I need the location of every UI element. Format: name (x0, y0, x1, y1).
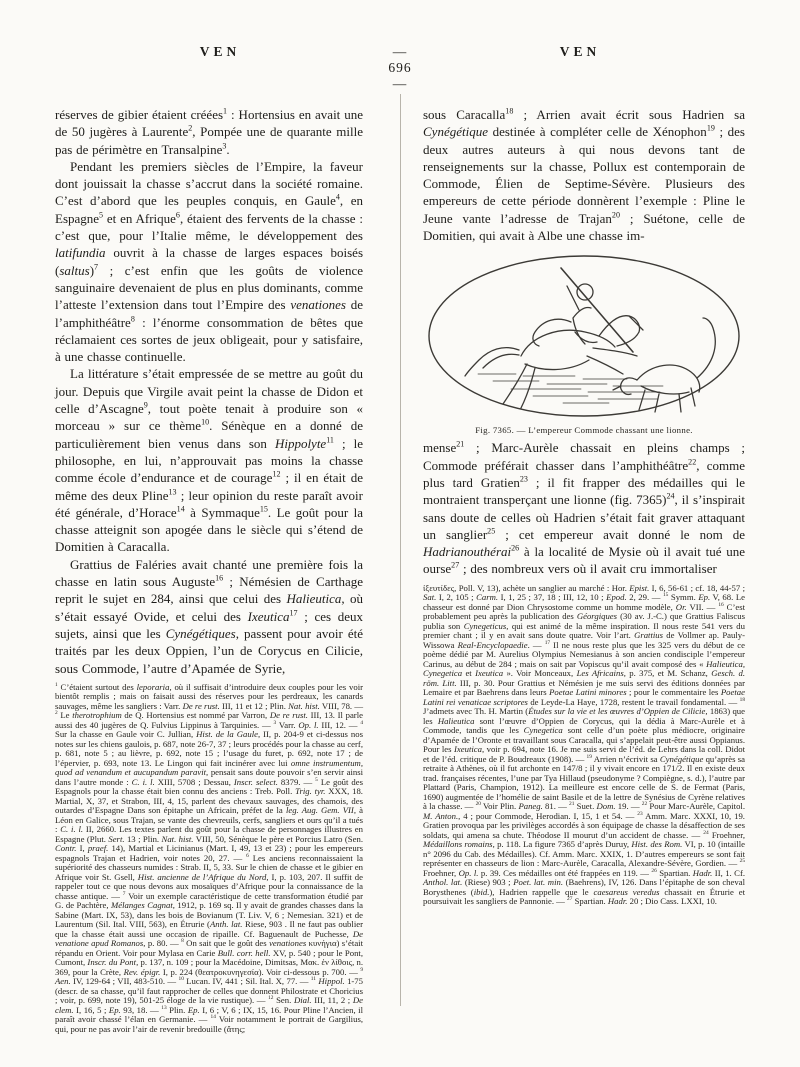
paragraph: sous Caracalla18 ; Arrien avait écrit so… (423, 106, 745, 244)
figure-7365: Fig. 7365. — L’empereur Commode chassant… (423, 252, 745, 435)
left-column-text: réserves de gibier étaient créées1 : Hor… (55, 106, 363, 677)
paragraph: réserves de gibier étaient créées1 : Hor… (55, 106, 363, 158)
two-column-body: réserves de gibier étaient créées1 : Hor… (0, 92, 800, 1034)
left-column: réserves de gibier étaient créées1 : Hor… (55, 106, 378, 1034)
page-header: VEN — 696 — VEN (0, 0, 800, 92)
right-column-footnotes: ἰξευτίδες, Poll. V, 13), achète un sangl… (423, 584, 745, 907)
right-column-text-bottom: mense21 ; Marc-Aurèle chassait en pleins… (423, 439, 745, 577)
right-column: sous Caracalla18 ; Arrien avait écrit so… (408, 106, 745, 1034)
paragraph: Grattius de Faléries avait chanté une pr… (55, 556, 363, 677)
paragraph: mense21 ; Marc-Aurèle chassait en pleins… (423, 439, 745, 577)
page-number: — 696 — (385, 44, 415, 92)
figure-caption: Fig. 7365. — L’empereur Commode chassant… (423, 425, 745, 435)
paragraph: Pendant les premiers siècles de l’Empire… (55, 158, 363, 366)
scanned-page: VEN — 696 — VEN réserves de gibier étaie… (0, 0, 800, 1067)
right-column-text-top: sous Caracalla18 ; Arrien avait écrit so… (423, 106, 745, 244)
running-title-right: VEN (415, 44, 745, 60)
running-title-left: VEN (55, 44, 385, 60)
paragraph: La littérature s’était empressée de se m… (55, 365, 363, 555)
left-column-footnotes: 1 C’étaient surtout des leporaria, où il… (55, 683, 363, 1035)
commodus-hunt-engraving (423, 252, 745, 420)
column-rule (400, 94, 401, 1006)
